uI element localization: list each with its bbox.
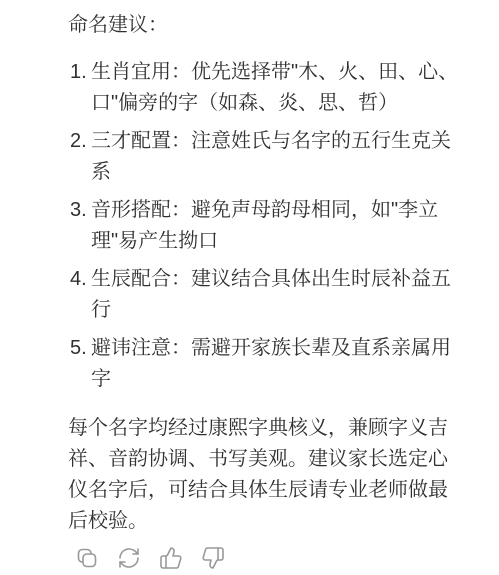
list-item-text: 避讳注意：需避开家族长辈及直系亲属用字: [91, 337, 451, 390]
list-item-number: 4.: [70, 264, 87, 295]
thumbs-up-icon: [159, 546, 183, 570]
list-item: 5. 避讳注意：需避开家族长辈及直系亲属用字: [68, 333, 467, 395]
message-heading: 命名建议：: [68, 10, 467, 41]
list-item-number: 2.: [70, 126, 87, 157]
list-item: 2. 三才配置：注意姓氏与名字的五行生克关系: [68, 126, 467, 188]
list-item: 1. 生肖宜用：优先选择带"木、火、田、心、口"偏旁的字（如森、炎、思、哲）: [68, 57, 467, 119]
regenerate-icon: [117, 546, 141, 570]
thumbs-down-icon: [201, 546, 225, 570]
copy-button[interactable]: [74, 545, 100, 571]
list-item-number: 5.: [70, 333, 87, 364]
suggestion-list: 1. 生肖宜用：优先选择带"木、火、田、心、口"偏旁的字（如森、炎、思、哲） 2…: [68, 57, 467, 395]
thumbs-up-button[interactable]: [158, 545, 184, 571]
list-item-text: 生辰配合：建议结合具体出生时辰补益五行: [91, 268, 451, 321]
assistant-message: 命名建议： 1. 生肖宜用：优先选择带"木、火、田、心、口"偏旁的字（如森、炎、…: [0, 0, 499, 571]
list-item-text: 生肖宜用：优先选择带"木、火、田、心、口"偏旁的字（如森、炎、思、哲）: [91, 61, 458, 114]
thumbs-down-button[interactable]: [200, 545, 226, 571]
message-action-bar: [74, 545, 467, 571]
copy-icon: [75, 546, 99, 570]
list-item-number: 3.: [70, 195, 87, 226]
regenerate-button[interactable]: [116, 545, 142, 571]
list-item-text: 三才配置：注意姓氏与名字的五行生克关系: [91, 130, 451, 183]
list-item: 3. 音形搭配：避免声母韵母相同，如"李立理"易产生拗口: [68, 195, 467, 257]
list-item: 4. 生辰配合：建议结合具体出生时辰补益五行: [68, 264, 467, 326]
list-item-number: 1.: [70, 57, 87, 88]
list-item-text: 音形搭配：避免声母韵母相同，如"李立理"易产生拗口: [91, 199, 438, 252]
closing-paragraph: 每个名字均经过康熙字典核义，兼顾字义吉祥、音韵协调、书写美观。建议家长选定心仪名…: [68, 413, 467, 537]
